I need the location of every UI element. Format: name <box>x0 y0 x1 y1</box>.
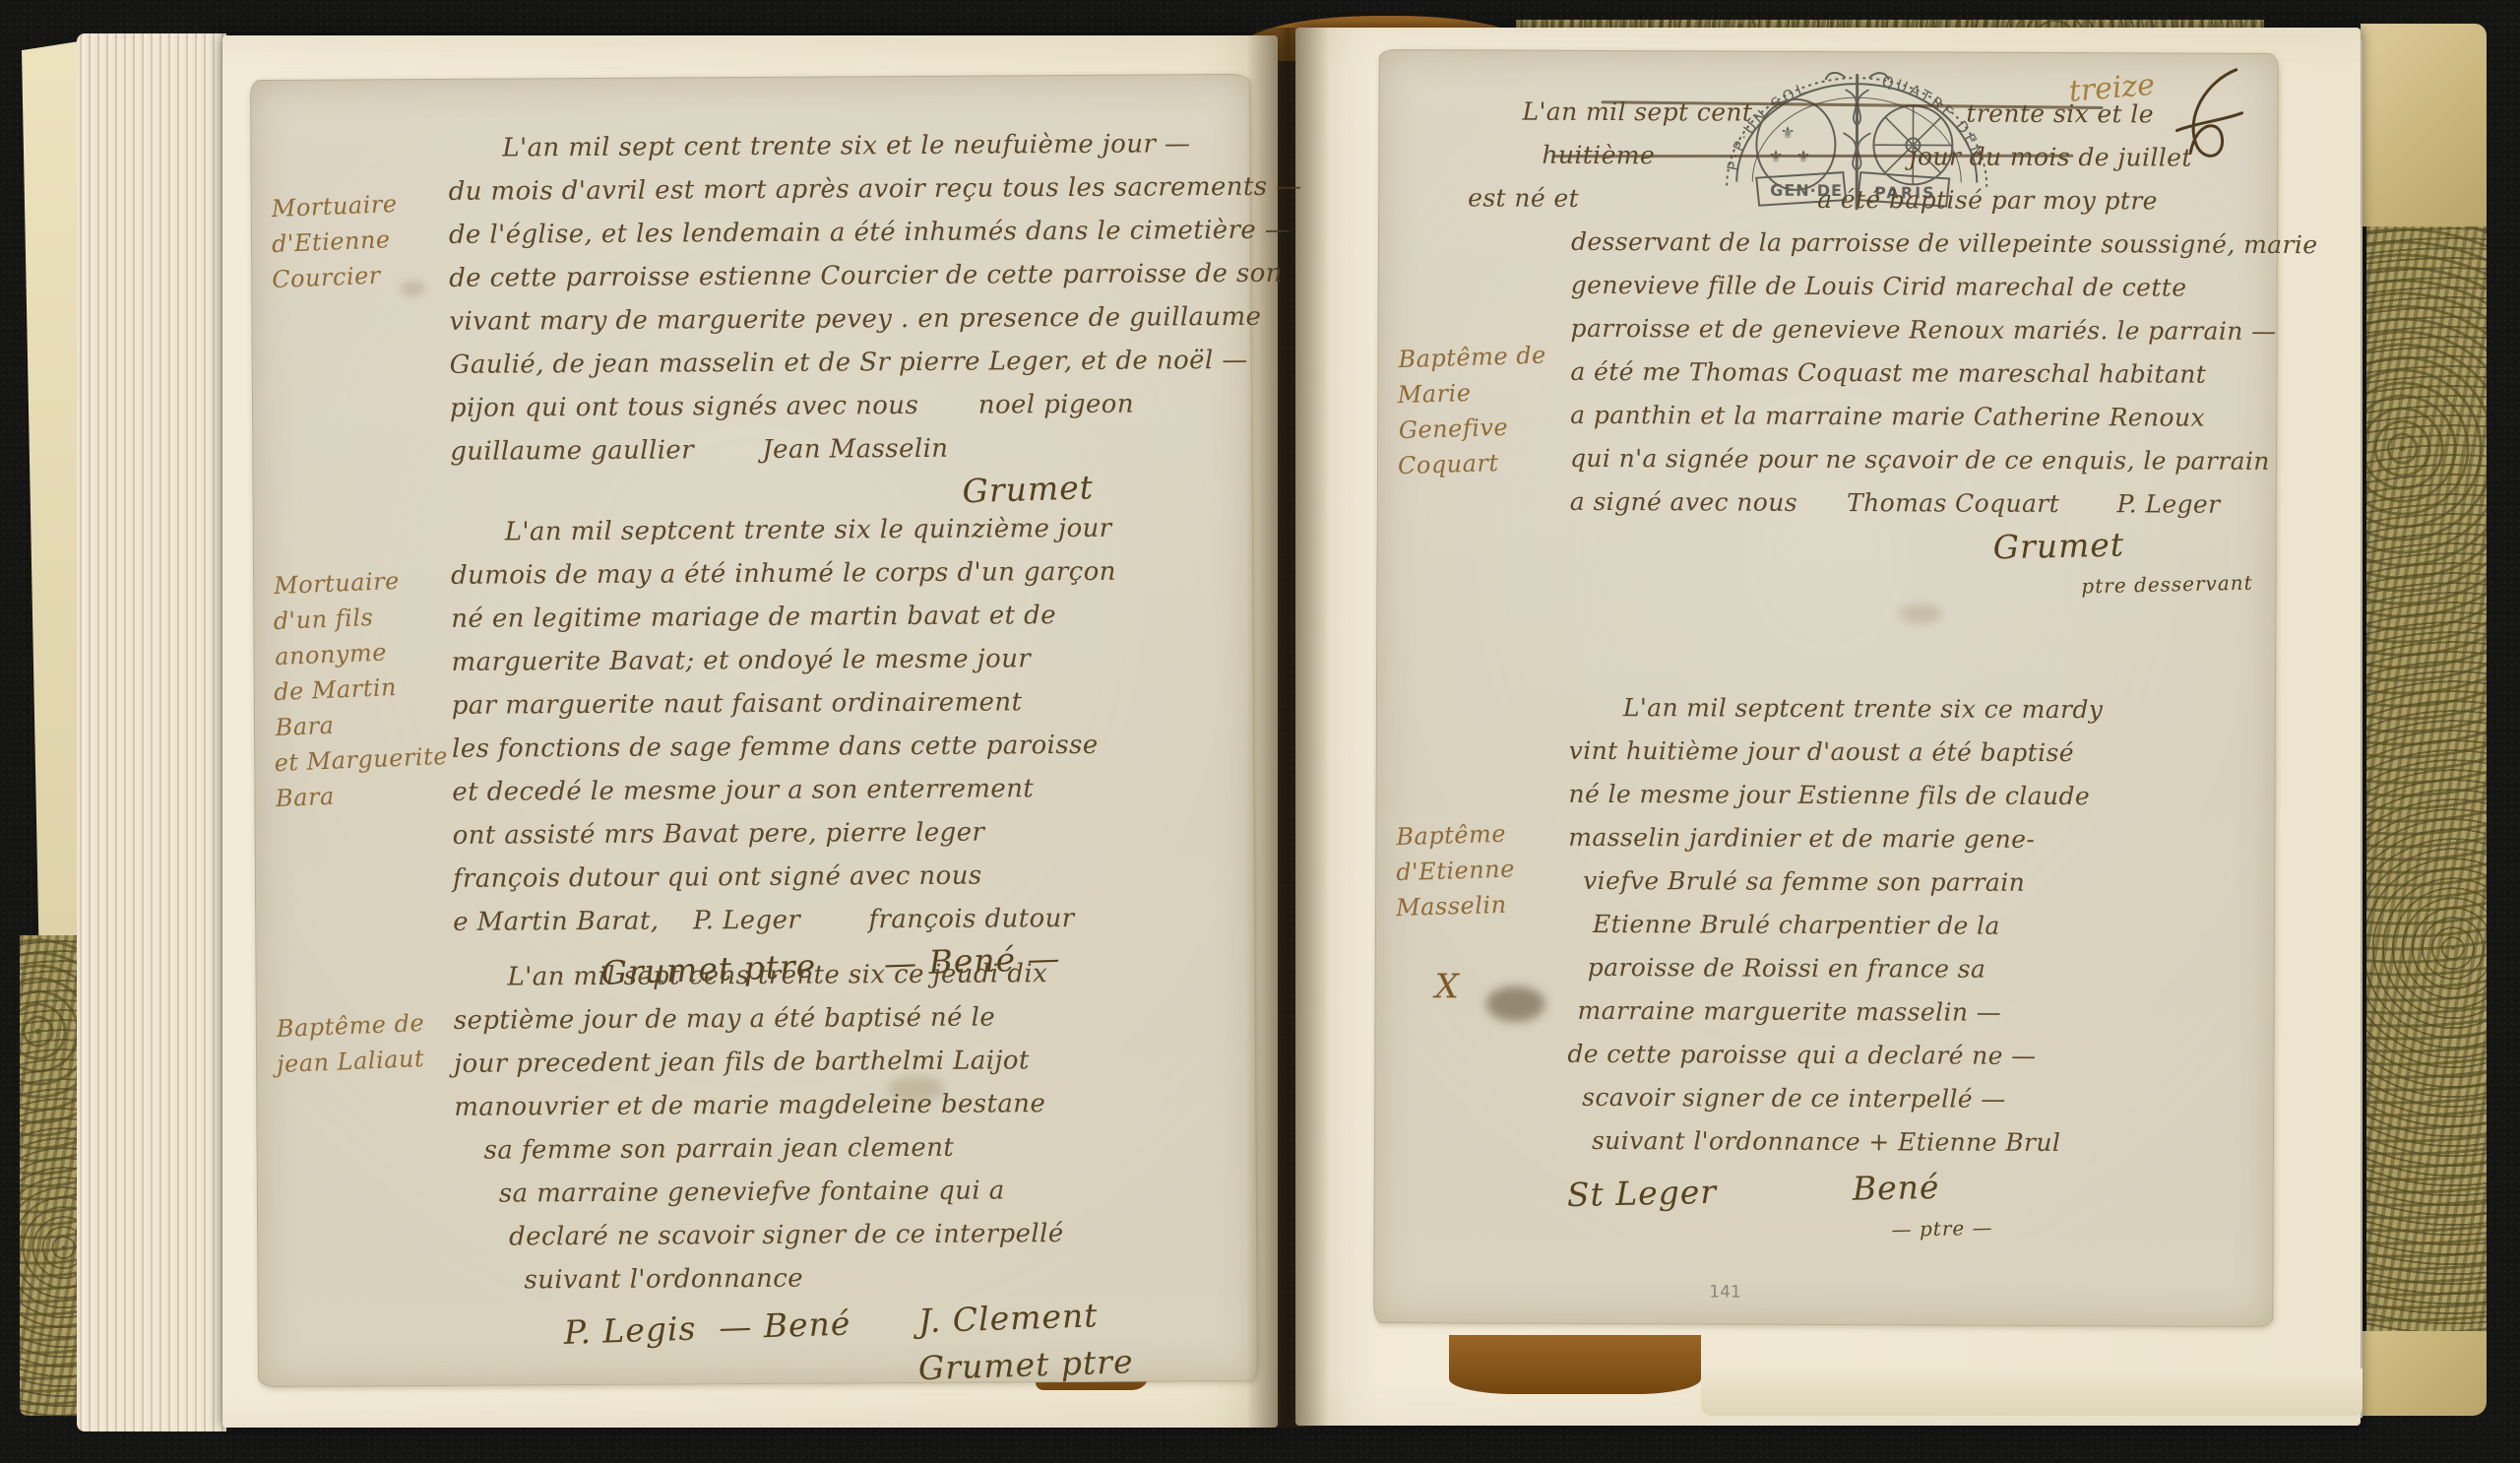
margin-note-line: de Martin Bara <box>273 668 453 745</box>
record-line: L'an mil septcent trente six le quinzièm… <box>451 506 1244 554</box>
left-page-content: Mortuaire d'Etienne Courcier L'an mil se… <box>251 75 1257 1386</box>
record-line: a panthin et la marraine marie Catherine… <box>1570 394 2317 440</box>
record-line: L'an mil septcent trente six ce mardy <box>1569 686 2267 732</box>
record-line: manouvrier et de marie magdeleine bestan… <box>454 1081 1247 1129</box>
record-line: est né et a été baptisé par moy ptre <box>1468 176 2318 223</box>
margin-note-line: jean Laliaut <box>276 1040 454 1082</box>
record-line: a été me Thomas Coquast me mareschal hab… <box>1570 350 2317 397</box>
record-line: desservant de la parroisse de villepeint… <box>1571 221 2318 267</box>
record-line: masselin jardinier et de marie gene- <box>1568 816 2266 862</box>
margin-note-line: et Marguerite Bara <box>274 738 454 816</box>
record-line: qui n'a signée pour ne sçavoir de ce enq… <box>1570 437 2317 483</box>
record-line: scavoir signer de ce interpellé — <box>1567 1076 2265 1122</box>
margin-note: Mortuaire d'Etienne Courcier <box>271 127 450 522</box>
margin-note-line: d'Etienne <box>1396 850 1569 890</box>
left-manuscript-sheet: Mortuaire d'Etienne Courcier L'an mil se… <box>250 74 1258 1387</box>
record-entry: Baptême de jean Laliaut L'an mil sept ce… <box>276 951 1249 1398</box>
record-line: L'an mil sept cens trente six ce jeudi d… <box>453 951 1246 999</box>
record-line: declaré ne scavoir signer de ce interpel… <box>455 1211 1248 1259</box>
record-line: ont assisté mrs Bavat pere, pierre leger <box>453 809 1246 858</box>
record-line: pijon qui ont tous signés avec nous noel… <box>450 382 1303 430</box>
record-text: L'an mil septcent trente six le quinzièm… <box>451 506 1247 991</box>
record-text: L'an mil sept cent trente six et le huit… <box>1569 91 2318 607</box>
record-line: marguerite Bavat; et ondoyé le mesme jou… <box>451 636 1244 684</box>
record-entry: Mortuaire d'Etienne Courcier L'an mil se… <box>271 122 1243 522</box>
record-entry: Mortuaire d'un fils anonyme de Martin Ba… <box>274 506 1247 992</box>
margin-note-line: Masselin <box>1396 885 1569 925</box>
cover-left-marbled-strip <box>20 935 81 1416</box>
record-line: parroisse et de genevieve Renoux mariés.… <box>1570 307 2317 353</box>
pencil-page-number: 141 <box>1709 1282 1741 1302</box>
inside-cover-left <box>22 41 79 942</box>
record-line: L'an mil sept cent trente six et le neuf… <box>448 122 1301 170</box>
margin-note-line: Marie Genefive <box>1397 372 1571 448</box>
record-line: vivant mary de marguerite pevey . en pre… <box>449 295 1302 344</box>
record-line: paroisse de Roissi en france sa <box>1568 946 2266 992</box>
margin-note: Baptême de jean Laliaut <box>276 956 456 1398</box>
record-line: de cette parroisse estienne Courcier de … <box>449 252 1302 300</box>
record-line: huitième jour du mois de juillet <box>1487 133 2318 180</box>
margin-note: Mortuaire d'un fils anonyme de Martin Ba… <box>274 511 454 992</box>
record-line: Gaulié, de jean masselin et de Sr pierre… <box>450 339 1303 387</box>
margin-note-line: Coquart <box>1397 443 1570 483</box>
record-line: né en legitime mariage de martin bavat e… <box>451 593 1244 641</box>
right-page-content: treize <box>1374 50 2278 1326</box>
record-line: viefve Brulé sa femme son parrain <box>1568 859 2266 906</box>
record-text: L'an mil sept cens trente six ce jeudi d… <box>453 951 1249 1397</box>
margin-cross-mark: X <box>1396 967 1568 1007</box>
record-line: marraine marguerite masselin — <box>1567 989 2265 1036</box>
margin-note-line: Baptême de <box>1398 337 1571 377</box>
margin-note-line: Courcier <box>272 255 450 297</box>
margin-note-line: Baptême <box>1396 814 1569 855</box>
page-edge-stack-left <box>77 33 226 1431</box>
record-line: du mois d'avril est mort après avoir reç… <box>449 165 1302 214</box>
record-line: dumois de may a été inhumé le corps d'un… <box>451 549 1244 598</box>
record-line: les fonctions de sage femme dans cette p… <box>452 723 1245 771</box>
record-text: L'an mil sept cent trente six et le neuf… <box>448 122 1303 521</box>
record-entry: Baptême de Marie Genefive Coquart L'an m… <box>1397 90 2269 607</box>
record-line: septième jour de may a été baptisé né le <box>454 994 1247 1043</box>
photo-background: Mortuaire d'Etienne Courcier L'an mil se… <box>0 0 2520 1463</box>
right-manuscript-sheet: treize <box>1373 49 2279 1327</box>
margin-note-line: d'un fils anonyme <box>273 597 453 674</box>
record-line: de cette paroisse qui a declaré ne — <box>1567 1033 2265 1079</box>
record-line: Etienne Brulé charpentier de la <box>1568 903 2266 949</box>
record-line: françois dutour qui ont signé avec nous <box>453 853 1246 901</box>
leather-bottom-strip <box>1701 1368 2362 1416</box>
record-line: né le mesme jour Estienne fils de claude <box>1568 773 2266 819</box>
gutter-shadow <box>1246 28 1329 1428</box>
record-line: L'an mil sept cent trente six et le <box>1468 90 2318 137</box>
record-entry: Baptême d'Etienne Masselin X L'an mil se… <box>1395 685 2267 1248</box>
record-line: sa marraine geneviefve fontaine qui a <box>455 1168 1248 1216</box>
record-line: genevieve fille de Louis Cirid marechal … <box>1571 264 2318 310</box>
spine-bottom-center <box>1449 1335 1701 1394</box>
record-text: L'an mil septcent trente six ce mardy vi… <box>1567 686 2267 1248</box>
record-line: jour precedent jean fils de barthelmi La… <box>454 1038 1247 1086</box>
record-line: par marguerite naut faisant ordinairemen… <box>452 679 1245 728</box>
cover-right-marbled-strip <box>2366 226 2487 1337</box>
record-line: de l'église, et les lendemain a été inhu… <box>449 209 1302 257</box>
margin-note: Baptême d'Etienne Masselin X <box>1395 685 1569 1245</box>
record-line: et decedé le mesme jour a son enterremen… <box>452 766 1245 814</box>
record-line: vint huitième jour d'aoust a été baptisé <box>1569 730 2267 776</box>
cover-right-leather-top <box>2361 24 2487 226</box>
record-line: sa femme son parrain jean clement <box>454 1124 1247 1173</box>
